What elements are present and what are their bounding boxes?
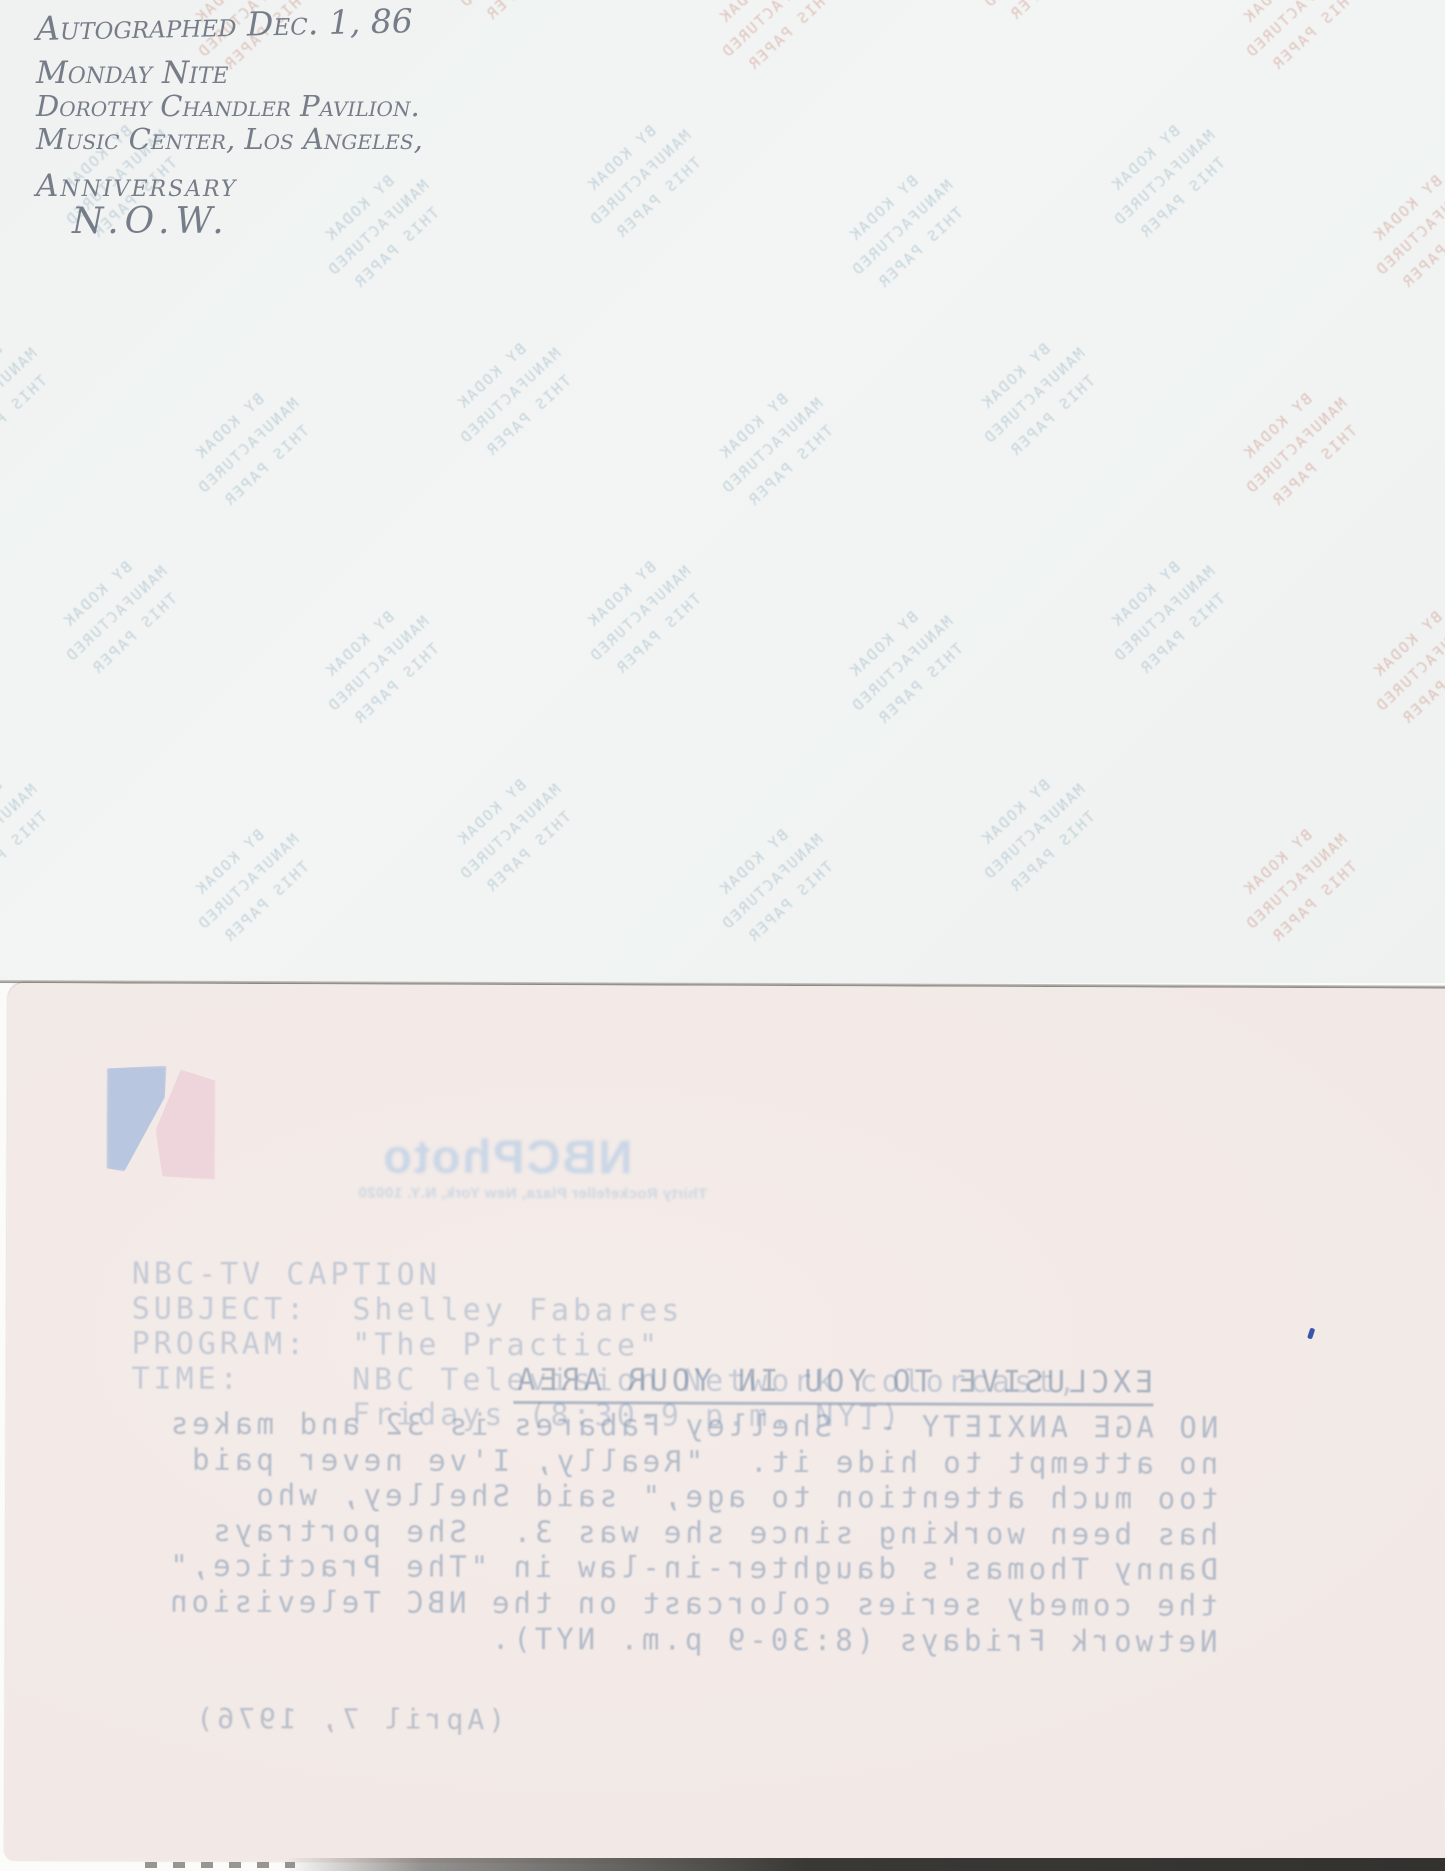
kodak-watermark-tile: BY KODAK MANUFACTURED THIS PAPER [1220,808,1372,958]
text-line: Dorothy Chandler Pavilion. [36,91,423,121]
kodak-watermark-tile: BY KODAK MANUFACTURED THIS PAPER [40,540,192,690]
text-line: the comedy series colorcast on the NBC T… [128,1584,1218,1624]
text-line: NO AGE ANXIETY -- Shelley Fabares is 32 … [128,1406,1218,1446]
scan-edge-strip [285,1858,1445,1871]
text-line: SUBJECT: Shelley Fabares [132,1291,1081,1330]
kodak-watermark-tile: BY KODAK MANUFACTURED THIS PAPER [302,590,454,740]
kodak-watermark-tile: BY KODAK MANUFACTURED THIS PAPER [1350,154,1445,304]
kodak-watermark-tile: BY KODAK MANUFACTURED THIS PAPER [958,0,1110,35]
text-line: Music Center, Los Angeles, [36,124,423,154]
caption-date: (April 7, 1976) [225,1701,505,1737]
kodak-watermark-tile: BY KODAK MANUFACTURED THIS PAPER [172,808,324,958]
kodak-watermark-tile: BY KODAK MANUFACTURED THIS PAPER [564,540,716,690]
kodak-watermark-tile: BY KODAK MANUFACTURED THIS PAPER [434,0,586,35]
kodak-watermark-tile: BY KODAK MANUFACTURED THIS PAPER [826,154,978,304]
kodak-watermark-tile: BY KODAK MANUFACTURED THIS PAPER [1220,372,1372,522]
kodak-watermark-tile: BY KODAK MANUFACTURED THIS PAPER [826,590,978,740]
kodak-watermark-tile: BY KODAK MANUFACTURED THIS PAPER [1220,0,1372,85]
text-line: Anniversary [36,170,423,203]
mirrored-caption-body: NO AGE ANXIETY -- Shelley Fabares is 32 … [127,1406,1218,1659]
kodak-watermark-tile: BY KODAK MANUFACTURED THIS PAPER [958,322,1110,472]
photo-back-top-card: BY KODAK MANUFACTURED THIS PAPERBY KODAK… [0,0,1445,983]
text-line: no attempt to hide it. "Really, I've nev… [128,1442,1218,1482]
nbc-photo-wordmark: NBCPhoto [366,1128,632,1184]
text-line: too much attention to age," said Shelley… [128,1478,1218,1518]
kodak-watermark-tile: BY KODAK MANUFACTURED THIS PAPER [696,0,848,85]
ink-speck [1307,1328,1315,1340]
kodak-watermark-tile: BY KODAK MANUFACTURED THIS PAPER [434,758,586,908]
nbc-address: Thirty Rockefeller Plaza, New York, N.Y.… [367,1184,707,1202]
text-line: Network Fridays (8:30-9 p.m. NYT). [127,1620,1217,1660]
scan-edge-dashes [145,1862,295,1868]
kodak-watermark-tile: BY KODAK MANUFACTURED THIS PAPER [564,104,716,254]
kodak-watermark-tile: BY KODAK MANUFACTURED THIS PAPER [0,758,62,908]
kodak-watermark-tile: BY KODAK MANUFACTURED THIS PAPER [696,808,848,958]
text-line: Monday Nite [36,57,423,90]
kodak-watermark-tile: BY KODAK MANUFACTURED THIS PAPER [1350,590,1445,740]
kodak-watermark-tile: BY KODAK MANUFACTURED THIS PAPER [1088,104,1240,254]
text-line: Autographed Dec. 1, 86 [36,4,423,47]
kodak-watermark-tile: BY KODAK MANUFACTURED THIS PAPER [434,322,586,472]
photo-back-bottom-card: NBCPhoto Thirty Rockefeller Plaza, New Y… [5,983,1445,1867]
kodak-watermark-tile: BY KODAK MANUFACTURED THIS PAPER [0,322,62,472]
kodak-watermark-tile: BY KODAK MANUFACTURED THIS PAPER [1088,540,1240,690]
text-line: NBC-TV CAPTION [132,1256,1081,1295]
kodak-watermark-tile: BY KODAK MANUFACTURED THIS PAPER [958,758,1110,908]
text-line: has been working since she was 3. She po… [128,1513,1218,1553]
kodak-watermark-tile: BY KODAK MANUFACTURED THIS PAPER [172,372,324,522]
text-line: Danny Thomas's daughter-in-law in "The P… [128,1549,1218,1589]
text-line: N.O.W. [72,203,423,241]
kodak-watermark-tile: BY KODAK MANUFACTURED THIS PAPER [696,372,848,522]
nbc-n-logo-left-icon [106,1065,166,1171]
mirrored-caption-headline-text: EXCLUSIVE TO YOU IN YOUR AREA [513,1363,1153,1406]
handwritten-annotation: Autographed Dec. 1, 86Monday NiteDorothy… [36,8,423,240]
